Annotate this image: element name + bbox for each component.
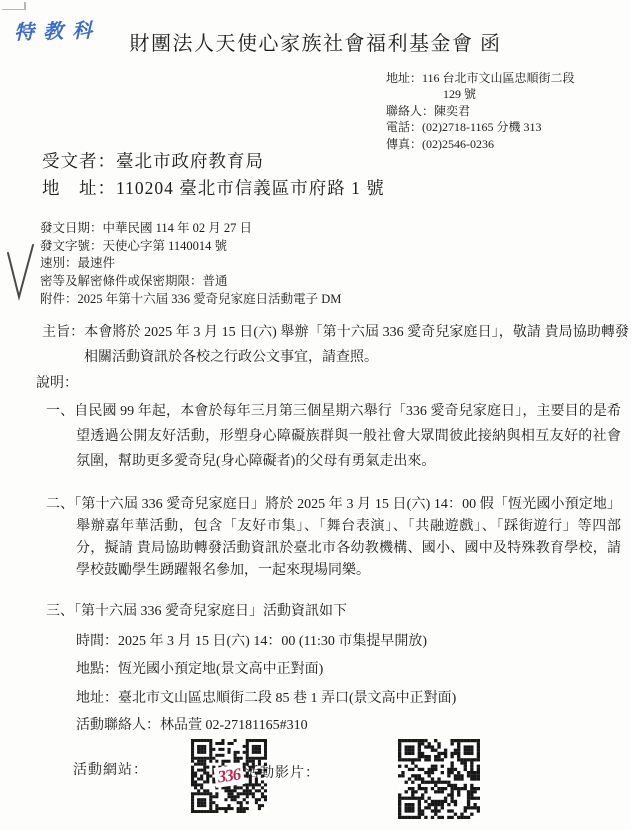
scan-corner-artifact xyxy=(2,2,26,10)
attachment-line: 附件：2025 年第十六屆 336 愛奇兒家庭日活動電子 DM xyxy=(40,291,341,309)
qr-336-logo: 336 xyxy=(213,764,244,788)
event-detail-address: 地址：臺北市文山區忠順街二段 85 巷 1 弄口(景文高中正對面) xyxy=(76,687,456,707)
item-number: 一、 xyxy=(46,404,74,419)
org-info-block: 地址：116 台北市文山區忠順街二段 129 號 聯絡人：陳奕君 電話：(02)… xyxy=(386,70,575,152)
recipient-address-line: 地 址：110204 臺北市信義區市府路 1 號 xyxy=(42,175,385,202)
issue-date-line: 發文日期：中華民國 114 年 02 月 27 日 xyxy=(40,220,341,238)
explanation-item-2: 二、「第十六屆 336 愛奇兒家庭日」將於 2025 年 3 月 15 日(六)… xyxy=(46,494,621,582)
org-fax: 傳真：(02)2546-0236 xyxy=(386,136,575,152)
org-phone: 電話：(02)2718-1165 分機 313 xyxy=(386,119,575,135)
doc-number-line: 發文字號：天使心字第 1140014 號 xyxy=(40,238,341,256)
speed-line: 速別：最速件 xyxy=(40,255,341,273)
explanation-label: 說明： xyxy=(36,372,78,392)
event-detail-time: 時間：2025 年 3 月 15 日(六) 14：00 (11:30 市集提早開… xyxy=(76,630,427,650)
item-number: 二、 xyxy=(46,497,74,512)
event-detail-contact: 活動聯絡人：林品萱 02-27181165#310 xyxy=(76,714,308,734)
item-text: 自民國 99 年起，本會於每年三月第三個星期六舉行「336 愛奇兒家庭日」，主要… xyxy=(74,404,621,469)
video-label: 活動影片： xyxy=(245,762,320,782)
org-contact: 聯絡人：陳奕君 xyxy=(386,103,575,119)
recipient-line: 受文者：臺北市政府教育局 xyxy=(42,148,385,175)
item-text: 「第十六屆 336 愛奇兒家庭日」活動資訊如下 xyxy=(74,604,347,619)
document-title: 財團法人天使心家族社會福利基金會 函 xyxy=(0,27,631,56)
subject-text: 本會將於 2025 年 3 月 15 日(六) 舉辦「第十六屆 336 愛奇兒家… xyxy=(84,325,629,365)
org-address-line2: 129 號 xyxy=(386,86,575,102)
doc-meta-block: 發文日期：中華民國 114 年 02 月 27 日 發文字號：天使心字第 114… xyxy=(40,220,341,309)
explanation-item-1: 一、自民國 99 年起，本會於每年三月第三個星期六舉行「336 愛奇兒家庭日」，… xyxy=(46,400,621,474)
explanation-item-3: 三、「第十六屆 336 愛奇兒家庭日」活動資訊如下 xyxy=(46,601,621,623)
item-number: 三、 xyxy=(46,604,74,619)
recipient-block: 受文者：臺北市政府教育局 地 址：110204 臺北市信義區市府路 1 號 xyxy=(42,148,385,202)
website-label: 活動網站： xyxy=(73,759,148,779)
checkmark-icon xyxy=(5,243,37,310)
item-text: 「第十六屆 336 愛奇兒家庭日」將於 2025 年 3 月 15 日(六) 1… xyxy=(74,497,621,578)
subject-label: 主旨： xyxy=(42,325,84,340)
security-line: 密等及解密條件或保密期限：普通 xyxy=(40,273,341,291)
subject-line: 主旨：本會將於 2025 年 3 月 15 日(六) 舉辦「第十六屆 336 愛… xyxy=(42,320,629,370)
scanned-document-page: 特教科 財團法人天使心家族社會福利基金會 函 地址：116 台北市文山區忠順街二… xyxy=(0,0,631,830)
event-detail-place: 地點：恆光國小預定地(景文高中正對面) xyxy=(76,658,323,678)
org-address-line1: 地址：116 台北市文山區忠順街二段 xyxy=(386,70,575,86)
video-qr-code xyxy=(398,739,480,819)
